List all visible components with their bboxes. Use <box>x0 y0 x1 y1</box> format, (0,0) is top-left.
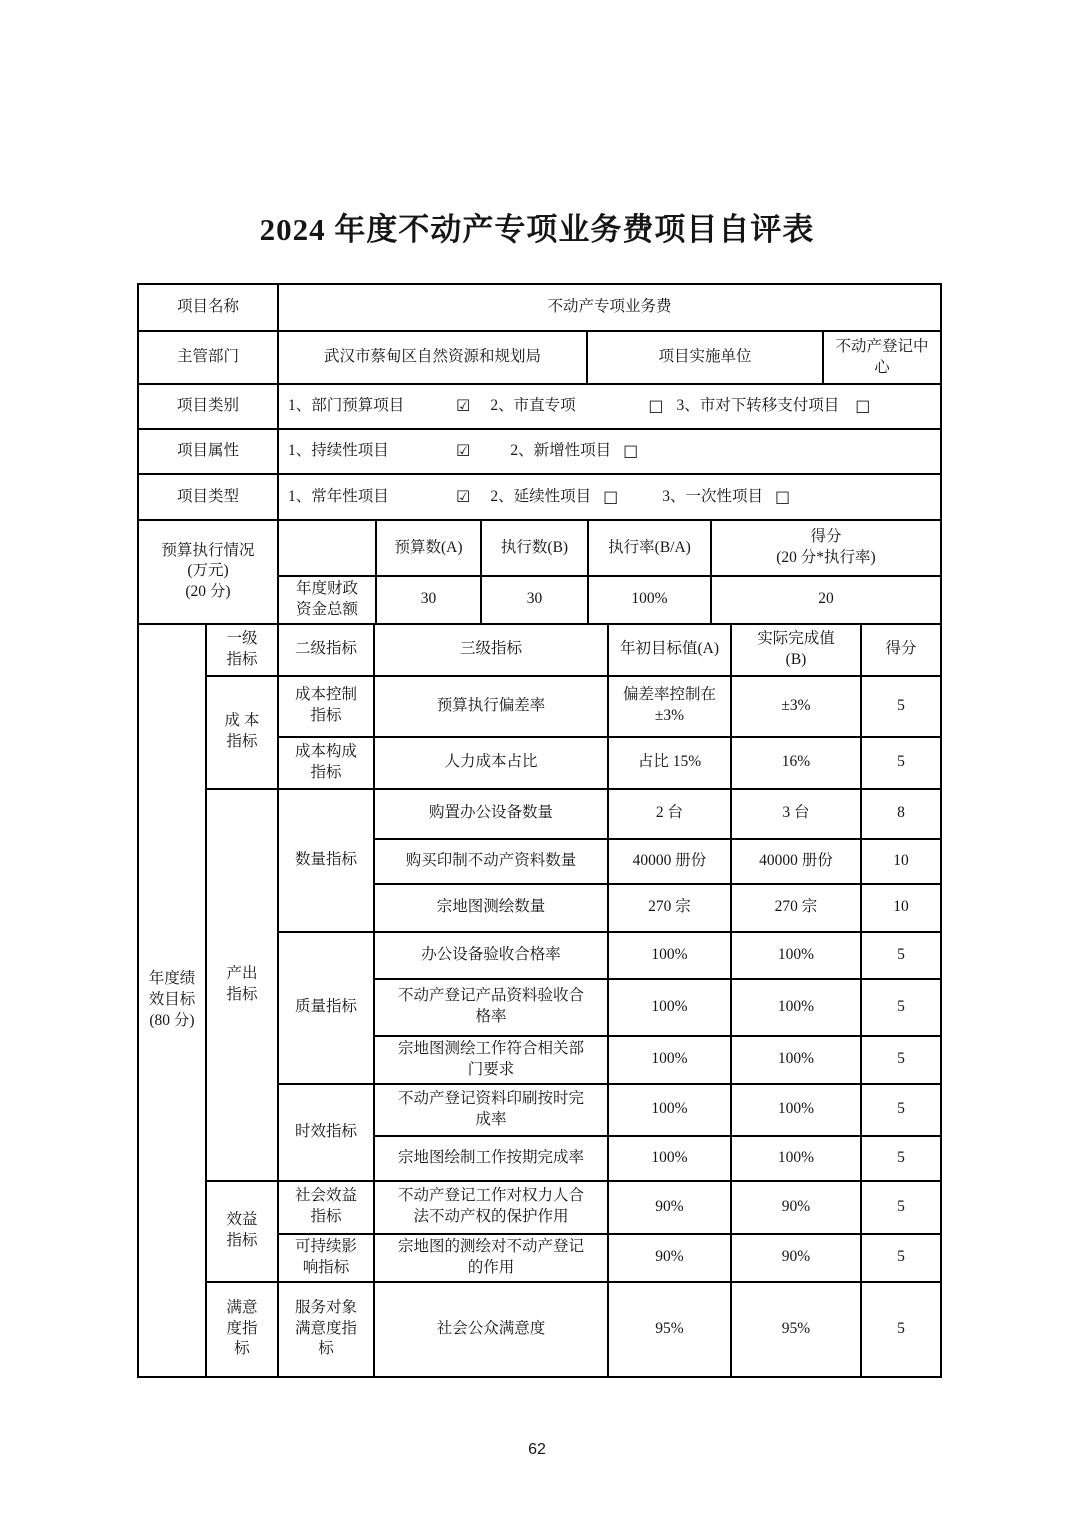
score-cell: 5 <box>861 737 941 789</box>
score-cell: 5 <box>861 1036 941 1084</box>
project-attribute-label: 项目属性 <box>138 429 278 474</box>
target-cell: 100% <box>608 1084 731 1136</box>
target-cell: 90% <box>608 1181 731 1234</box>
budget-amount-header: 预算数(A) <box>376 520 481 576</box>
project-attribute-options: 1、持续性项目 ☑ 2、新增性项目 □ <box>278 429 941 474</box>
score-cell: 5 <box>861 1084 941 1136</box>
actual-cell: 100% <box>731 1136 861 1181</box>
score-cell: 5 <box>861 979 941 1036</box>
project-name-value: 不动产专项业务费 <box>278 284 941 331</box>
actual-cell: 100% <box>731 979 861 1036</box>
target-cell: 90% <box>608 1234 731 1282</box>
target-cell: 270 宗 <box>608 884 731 932</box>
project-attribute-row: 项目属性 1、持续性项目 ☑ 2、新增性项目 □ <box>138 429 941 474</box>
level2-social-benefit: 社会效益 指标 <box>278 1181 374 1234</box>
level2-cost-control: 成本控制 指标 <box>278 676 374 737</box>
actual-cell: 270 宗 <box>731 884 861 932</box>
level3-cell: 社会公众满意度 <box>374 1282 608 1377</box>
level2-quantity: 数量指标 <box>278 789 374 932</box>
target-cell: 95% <box>608 1282 731 1377</box>
score-cell: 10 <box>861 884 941 932</box>
option-label: 1、持续性项目 <box>288 441 440 462</box>
checkbox-checked-icon: ☑ <box>456 443 470 459</box>
level3-cell: 宗地图测绘数量 <box>374 884 608 932</box>
department-row: 主管部门 武汉市蔡甸区自然资源和规划局 项目实施单位 不动产登记中心 <box>138 331 941 384</box>
level3-cell: 宗地图绘制工作按期完成率 <box>374 1136 608 1181</box>
implementing-unit-label: 项目实施单位 <box>587 331 823 384</box>
actual-cell: 90% <box>731 1234 861 1282</box>
level3-cell: 购买印制不动产资料数量 <box>374 839 608 884</box>
level1-header: 一级 指标 <box>206 624 278 676</box>
checkbox-checked-icon: ☑ <box>456 489 470 505</box>
executed-amount-value: 30 <box>481 576 588 624</box>
page-number: 62 <box>0 1441 1074 1459</box>
option-label: 1、部门预算项目 <box>288 396 440 417</box>
score-cell: 5 <box>861 1234 941 1282</box>
checkbox-empty-icon: □ <box>775 489 790 505</box>
page-title: 2024 年度不动产专项业务费项目自评表 <box>0 204 1074 249</box>
level2-service-satisfaction: 服务对象 满意度指 标 <box>278 1282 374 1377</box>
option-new-project: 2、新增性项目 □ <box>510 441 638 462</box>
score-cell: 10 <box>861 839 941 884</box>
department-value: 武汉市蔡甸区自然资源和规划局 <box>278 331 587 384</box>
option-dept-budget-project: 1、部门预算项目 ☑ <box>288 396 470 417</box>
actual-cell: 95% <box>731 1282 861 1377</box>
option-annual-project: 1、常年性项目 ☑ <box>288 487 470 508</box>
option-continuation-project: 2、延续性项目 □ <box>490 487 618 508</box>
score-cell: 8 <box>861 789 941 839</box>
option-label: 2、延续性项目 <box>490 487 591 508</box>
option-continuing-project: 1、持续性项目 ☑ <box>288 441 470 462</box>
project-type-label: 项目类型 <box>138 474 278 520</box>
target-cell: 100% <box>608 1136 731 1181</box>
project-name-row: 项目名称 不动产专项业务费 <box>138 284 941 331</box>
level2-quality: 质量指标 <box>278 932 374 1084</box>
indicator-row: 效益 指标 社会效益 指标 不动产登记工作对权力人合 法不动产权的保护作用 90… <box>138 1181 941 1234</box>
option-one-time-project: 3、一次性项目 □ <box>662 487 790 508</box>
score-cell: 5 <box>861 1181 941 1234</box>
indicator-row: 产出 指标 数量指标 购置办公设备数量 2 台 3 台 8 <box>138 789 941 839</box>
actual-cell: 16% <box>731 737 861 789</box>
project-category-options: 1、部门预算项目 ☑ 2、市直专项 □ 3、市对下转移支付项目 □ <box>278 384 941 429</box>
budget-score-header: 得分 (20 分*执行率) <box>711 520 941 576</box>
level3-header: 三级指标 <box>374 624 608 676</box>
actual-cell: 100% <box>731 1084 861 1136</box>
score-header: 得分 <box>861 624 941 676</box>
level1-satisfaction: 满意 度指 标 <box>206 1282 278 1377</box>
indicators-header-row: 年度绩 效目标 (80 分) 一级 指标 二级指标 三级指标 年初目标值(A) … <box>138 624 941 676</box>
target-header: 年初目标值(A) <box>608 624 731 676</box>
option-city-special: 2、市直专项 □ <box>490 396 663 417</box>
option-label: 1、常年性项目 <box>288 487 440 508</box>
level3-cell: 不动产登记资料印刷按时完 成率 <box>374 1084 608 1136</box>
actual-header: 实际完成值 (B) <box>731 624 861 676</box>
project-type-row: 项目类型 1、常年性项目 ☑ 2、延续性项目 □ 3、一次性项目 □ <box>138 474 941 520</box>
level3-cell: 不动产登记工作对权力人合 法不动产权的保护作用 <box>374 1181 608 1234</box>
indicator-row: 成 本 指标 成本控制 指标 预算执行偏差率 偏差率控制在 ±3% ±3% 5 <box>138 676 941 737</box>
level3-cell: 宗地图测绘工作符合相关部 门要求 <box>374 1036 608 1084</box>
indicator-row: 满意 度指 标 服务对象 满意度指 标 社会公众满意度 95% 95% 5 <box>138 1282 941 1377</box>
option-label: 3、市对下转移支付项目 <box>676 396 839 417</box>
budget-section-label: 预算执行情况 (万元) (20 分) <box>138 520 278 624</box>
level2-header: 二级指标 <box>278 624 374 676</box>
target-cell: 100% <box>608 932 731 979</box>
level3-cell: 购置办公设备数量 <box>374 789 608 839</box>
level3-cell: 办公设备验收合格率 <box>374 932 608 979</box>
actual-cell: 90% <box>731 1181 861 1234</box>
level3-cell: 预算执行偏差率 <box>374 676 608 737</box>
performance-indicators-table: 年度绩 效目标 (80 分) 一级 指标 二级指标 三级指标 年初目标值(A) … <box>137 623 942 1378</box>
project-category-row: 项目类别 1、部门预算项目 ☑ 2、市直专项 □ 3、市对下转移支付项目 □ <box>138 384 941 429</box>
actual-cell: ±3% <box>731 676 861 737</box>
checkbox-empty-icon: □ <box>648 398 663 414</box>
score-cell: 5 <box>861 676 941 737</box>
budget-score-value: 20 <box>711 576 941 624</box>
project-category-label: 项目类别 <box>138 384 278 429</box>
project-name-label: 项目名称 <box>138 284 278 331</box>
actual-cell: 3 台 <box>731 789 861 839</box>
level3-cell: 宗地图的测绘对不动产登记 的作用 <box>374 1234 608 1282</box>
level2-cost-composition: 成本构成 指标 <box>278 737 374 789</box>
budget-execution-table: 预算执行情况 (万元) (20 分) 预算数(A) 执行数(B) 执行率(B/A… <box>137 519 942 625</box>
level1-cost: 成 本 指标 <box>206 676 278 789</box>
actual-cell: 40000 册份 <box>731 839 861 884</box>
execution-rate-header: 执行率(B/A) <box>588 520 711 576</box>
annual-funds-label: 年度财政 资金总额 <box>278 576 376 624</box>
option-label: 2、新增性项目 <box>510 441 611 462</box>
target-cell: 100% <box>608 1036 731 1084</box>
target-cell: 占比 15% <box>608 737 731 789</box>
annual-performance-goal-label: 年度绩 效目标 (80 分) <box>138 624 206 1377</box>
project-type-options: 1、常年性项目 ☑ 2、延续性项目 □ 3、一次性项目 □ <box>278 474 941 520</box>
score-cell: 5 <box>861 932 941 979</box>
score-cell: 5 <box>861 1282 941 1377</box>
target-cell: 2 台 <box>608 789 731 839</box>
budget-amount-value: 30 <box>376 576 481 624</box>
budget-header-row: 预算执行情况 (万元) (20 分) 预算数(A) 执行数(B) 执行率(B/A… <box>138 520 941 576</box>
option-label: 3、一次性项目 <box>662 487 763 508</box>
level3-cell: 人力成本占比 <box>374 737 608 789</box>
level2-timeliness: 时效指标 <box>278 1084 374 1181</box>
basic-info-table: 项目名称 不动产专项业务费 主管部门 武汉市蔡甸区自然资源和规划局 项目实施单位… <box>137 283 942 521</box>
checkbox-empty-icon: □ <box>855 398 870 414</box>
department-label: 主管部门 <box>138 331 278 384</box>
checkbox-empty-icon: □ <box>603 489 618 505</box>
target-cell: 偏差率控制在 ±3% <box>608 676 731 737</box>
option-label: 2、市直专项 <box>490 396 632 417</box>
checkbox-checked-icon: ☑ <box>456 398 470 414</box>
score-cell: 5 <box>861 1136 941 1181</box>
actual-cell: 100% <box>731 1036 861 1084</box>
implementing-unit-value: 不动产登记中心 <box>823 331 941 384</box>
executed-amount-header: 执行数(B) <box>481 520 588 576</box>
level2-sustainability: 可持续影 响指标 <box>278 1234 374 1282</box>
actual-cell: 100% <box>731 932 861 979</box>
execution-rate-value: 100% <box>588 576 711 624</box>
target-cell: 40000 册份 <box>608 839 731 884</box>
level1-output: 产出 指标 <box>206 789 278 1181</box>
target-cell: 100% <box>608 979 731 1036</box>
option-transfer-payment: 3、市对下转移支付项目 □ <box>676 396 870 417</box>
budget-empty-cell <box>278 520 376 576</box>
checkbox-empty-icon: □ <box>623 443 638 459</box>
level1-benefit: 效益 指标 <box>206 1181 278 1282</box>
self-evaluation-table: 项目名称 不动产专项业务费 主管部门 武汉市蔡甸区自然资源和规划局 项目实施单位… <box>137 283 940 1378</box>
level3-cell: 不动产登记产品资料验收合 格率 <box>374 979 608 1036</box>
